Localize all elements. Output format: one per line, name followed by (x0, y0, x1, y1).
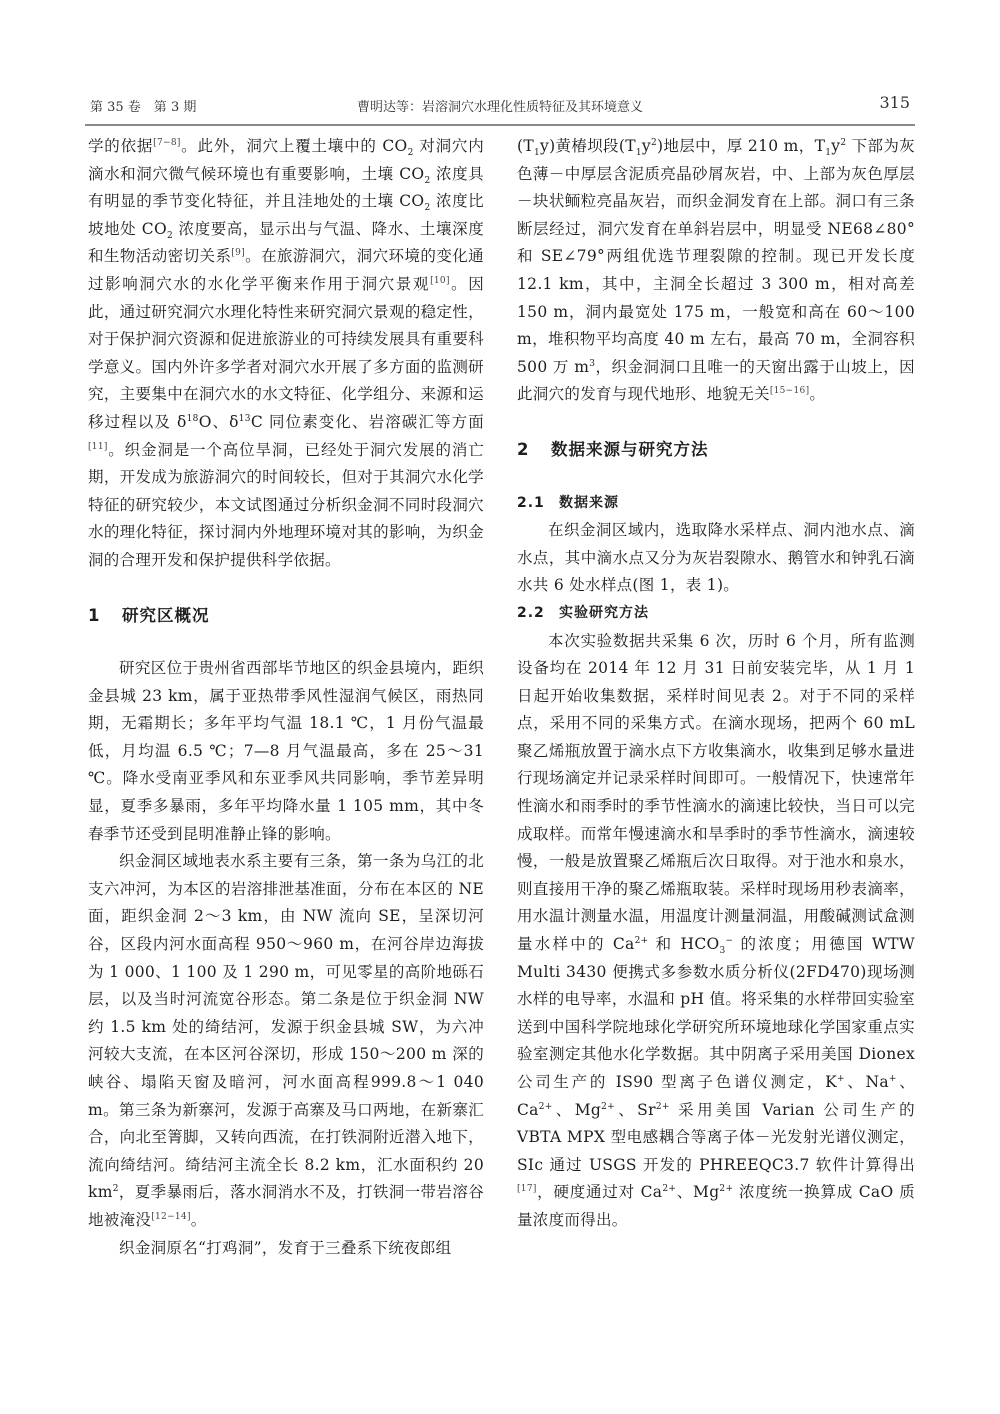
subsection-heading-2-2: 2.2实验研究方法 (517, 600, 915, 628)
citation: [12−14] (151, 1212, 191, 1222)
right-column: (T1y)黄椿坝段(T1y2)地层中，厚 210 m，T1y2 下部为灰色薄－中… (517, 133, 915, 1235)
running-header: 第 35 卷 第 3 期 曹明达等：岩溶洞穴水理化性质特征及其环境意义 315 (90, 96, 910, 122)
study-area-paragraph: 研究区位于贵州省西部毕节地区的织金县境内，距织金县城 23 km，属于亚热带季风… (88, 655, 484, 848)
subsection-heading-2-1: 2.1数据来源 (517, 490, 915, 518)
header-divider (85, 124, 915, 126)
citation: [11] (88, 441, 108, 451)
data-source-paragraph: 在织金洞区域内，选取降水采样点、洞内池水点、滴水点，其中滴水点又分为灰岩裂隙水、… (517, 517, 915, 600)
water-system-paragraph: 织金洞区域地表水系主要有三条，第一条为乌江的北支六冲河，为本区的岩溶排泄基准面，… (88, 848, 484, 1234)
methods-paragraph: 本次实验数据共采集 6 次，历时 6 个月，所有监测设备均在 2014 年 12… (517, 628, 915, 1235)
page-number: 315 (879, 93, 910, 112)
citation: [10] (430, 276, 450, 286)
running-title: 曹明达等：岩溶洞穴水理化性质特征及其环境意义 (90, 96, 910, 115)
section-heading-1: 1研究区概况 (88, 602, 484, 630)
cave-paragraph-start: 织金洞原名“打鸡洞”，发育于三叠系下统夜郎组 (88, 1235, 484, 1263)
cave-paragraph-continued: (T1y)黄椿坝段(T1y2)地层中，厚 210 m，T1y2 下部为灰色薄－中… (517, 133, 915, 409)
citation: [9] (231, 248, 245, 258)
intro-paragraph: 学的依据[7−8]。此外，洞穴上覆土壤中的 CO2 对洞穴内滴水和洞穴微气候环境… (88, 133, 484, 575)
citation: [17] (517, 1184, 537, 1194)
section-heading-2: 2数据来源与研究方法 (517, 436, 915, 464)
left-column: 学的依据[7−8]。此外，洞穴上覆土壤中的 CO2 对洞穴内滴水和洞穴微气候环境… (88, 133, 484, 1262)
citation: [7−8] (153, 138, 181, 148)
citation: [15−16] (770, 386, 810, 396)
